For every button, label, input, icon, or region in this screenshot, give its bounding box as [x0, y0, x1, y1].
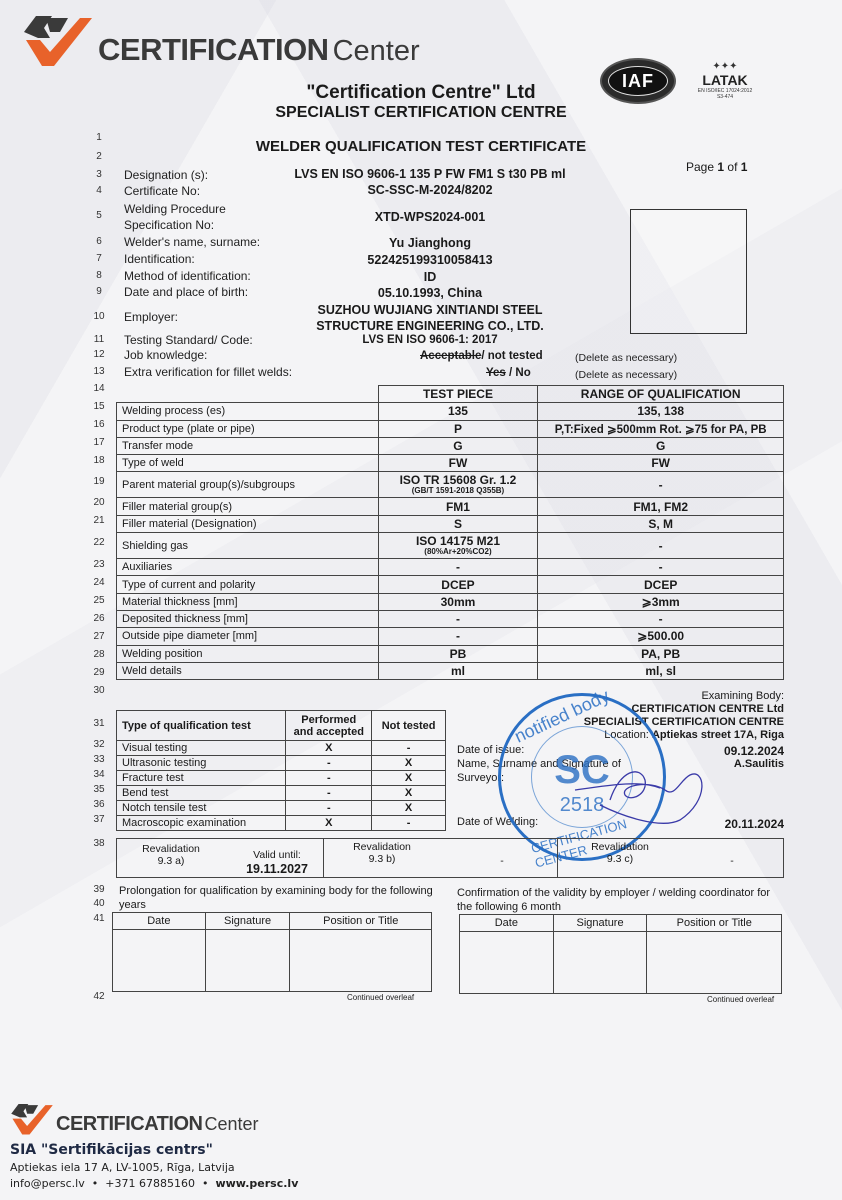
line-number: 41 [88, 913, 110, 924]
footer-website[interactable]: www.persc.lv [215, 1177, 298, 1190]
revalidation-b-label: Revalidation 9.3 b) [327, 841, 437, 865]
table-row: Welding position PB PA, PB [117, 645, 784, 662]
line-number: 30 [88, 685, 110, 696]
confirmation-signature-cell[interactable] [553, 932, 647, 994]
line-number: 15 [88, 401, 110, 412]
table-row: Weld details ml ml, sl [117, 662, 784, 679]
qualification-table: TEST PIECE RANGE OF QUALIFICATION Weldin… [116, 385, 784, 680]
iaf-logo-icon: IAF [600, 58, 676, 104]
wps-value: XTD-WPS2024-001 [290, 210, 570, 224]
brand-light: Center [333, 35, 420, 67]
line-number: 34 [88, 769, 110, 780]
line-number: 2 [88, 151, 110, 162]
line-number: 1 [88, 132, 110, 143]
line-number: 28 [88, 649, 110, 660]
examining-body-subname: SPECIALIST CERTIFICATION CENTRE [584, 716, 784, 728]
standard-value: LVS EN ISO 9606-1: 2017 [290, 334, 570, 346]
line-number: 36 [88, 799, 110, 810]
confirmation-date-cell[interactable] [460, 932, 554, 994]
line-number: 6 [88, 236, 110, 247]
line-number: 11 [88, 334, 110, 345]
line-number: 39 [88, 884, 110, 895]
job-knowledge-label: Job knowledge: [124, 348, 207, 362]
method-id-value: ID [290, 270, 570, 284]
line-number: 29 [88, 667, 110, 678]
table-row: Type of weld FW FW [117, 455, 784, 472]
line-number: 22 [88, 537, 110, 548]
line-number: 24 [88, 577, 110, 588]
table-header-row: TEST PIECE RANGE OF QUALIFICATION [117, 386, 784, 403]
page-indicator: Page 1 of 1 [686, 160, 747, 174]
prolongation-date-cell[interactable] [113, 930, 206, 992]
line-number: 27 [88, 631, 110, 642]
table-row: Parent material group(s)/subgroups ISO T… [117, 472, 784, 498]
examining-body-label: Examining Body: [701, 690, 784, 702]
line-number: 35 [88, 784, 110, 795]
line-number: 18 [88, 455, 110, 466]
revalidation-a-label: Revalidation 9.3 a) [117, 843, 225, 867]
method-id-label: Method of identification: [124, 269, 251, 283]
line-number: 14 [88, 383, 110, 394]
latak-logo: ✦✦✦ LATAK EN ISO/IEC 17024:2012 S3-474 [680, 62, 770, 100]
line-number: 8 [88, 270, 110, 281]
header-range: RANGE OF QUALIFICATION [538, 386, 784, 403]
table-row: Transfer mode G G [117, 437, 784, 454]
prolongation-continued: Continued overleaf [347, 993, 414, 1002]
footer-phone: +371 67885160 [105, 1177, 195, 1190]
table-header-row: Type of qualification test Performed and… [117, 711, 446, 741]
line-number: 38 [88, 838, 110, 849]
employer-value-1: SUZHOU WUJIANG XINTIANDI STEEL [290, 303, 570, 317]
line-number: 37 [88, 814, 110, 825]
table-row: Macroscopic examinationX- [117, 816, 446, 831]
surveyor-value: A.Saulitis [734, 758, 784, 770]
date-issue-value: 09.12.2024 [724, 744, 784, 758]
signature-icon [570, 760, 720, 830]
checkmark-logo-icon [22, 10, 94, 68]
footer-address: Aptiekas iela 17 A, LV-1005, Rīga, Latvi… [10, 1161, 298, 1174]
line-number: 5 [88, 210, 110, 221]
line-number: 31 [88, 718, 110, 729]
fillet-note: (Delete as necessary) [575, 369, 677, 381]
footer-contact: info@persc.lv • +371 67885160 • www.pers… [10, 1177, 298, 1190]
table-row [113, 930, 432, 992]
identification-value: 522425199310058413 [290, 253, 570, 267]
line-number: 10 [88, 311, 110, 322]
line-number: 21 [88, 515, 110, 526]
prolongation-signature-cell[interactable] [205, 930, 290, 992]
table-row: Product type (plate or pipe) P P,T:Fixed… [117, 420, 784, 437]
footer-email[interactable]: info@persc.lv [10, 1177, 85, 1190]
line-number: 19 [88, 476, 110, 487]
prolongation-position-cell[interactable] [290, 930, 432, 992]
date-issue-label: Date of issue: [457, 744, 524, 756]
table-row: Filler material group(s) FM1 FM1, FM2 [117, 498, 784, 515]
confirmation-position-cell[interactable] [647, 932, 782, 994]
fillet-label: Extra verification for fillet welds: [124, 365, 292, 379]
revalidation-c-value: - [717, 855, 747, 867]
line-number: 7 [88, 253, 110, 264]
org-subtitle: SPECIALIST CERTIFICATION CENTRE [0, 104, 842, 122]
fillet-value: Yes / No [486, 367, 531, 379]
revalidation-c-label: Revalidation 9.3 c) [565, 841, 675, 865]
checkmark-logo-icon [10, 1100, 54, 1136]
welder-name-label: Welder's name, surname: [124, 235, 260, 249]
table-row: Fracture test-X [117, 771, 446, 786]
header-test-piece: TEST PIECE [378, 386, 538, 403]
wps-label-2: Specification No: [124, 218, 214, 232]
line-number: 20 [88, 497, 110, 508]
line-number: 25 [88, 595, 110, 606]
designation-value: LVS EN ISO 9606-1 135 P FW FM1 S t30 PB … [280, 167, 580, 181]
table-header-row: Date Signature Position or Title [113, 913, 432, 930]
birth-label: Date and place of birth: [124, 285, 248, 299]
line-number: 9 [88, 286, 110, 297]
table-row: Deposited thickness [mm] - - [117, 610, 784, 627]
revalidation-row: Revalidation 9.3 a) Valid until: 19.11.2… [116, 838, 784, 878]
job-knowledge-value: Acceptable/ not tested [420, 350, 543, 362]
table-row: Auxiliaries - - [117, 559, 784, 576]
iaf-logo-text: IAF [608, 66, 668, 96]
table-row: Ultrasonic testing-X [117, 756, 446, 771]
brand-logo: CERTIFICATIONCenter [22, 8, 420, 68]
date-welding-value: 20.11.2024 [725, 817, 784, 831]
designation-label: Designation (s): [124, 168, 208, 182]
latak-logo-text: LATAK [680, 72, 770, 88]
footer-company: SIA "Sertifikācijas centrs" [10, 1142, 298, 1158]
table-row: Filler material (Designation) S S, M [117, 515, 784, 532]
examining-body-location: Location: Aptiekas street 17A, Riga [604, 729, 784, 741]
table-row: Outside pipe diameter [mm] - ⩾500.00 [117, 628, 784, 645]
line-number: 40 [88, 898, 110, 909]
birth-value: 05.10.1993, China [290, 286, 570, 300]
date-welding-label: Date of Welding: [457, 816, 538, 828]
line-number: 3 [88, 169, 110, 180]
line-number: 26 [88, 613, 110, 624]
line-number: 42 [88, 991, 110, 1002]
revalidation-b-value: - [487, 855, 517, 867]
standard-label: Testing Standard/ Code: [124, 333, 253, 347]
qualification-tests-table: Type of qualification test Performed and… [116, 710, 446, 831]
footer-logo: CERTIFICATIONCenter [10, 1100, 298, 1136]
confirmation-text: Confirmation of the validity by employer… [457, 886, 770, 914]
table-row: Material thickness [mm] 30mm ⩾3mm [117, 593, 784, 610]
confirmation-table: Date Signature Position or Title [459, 914, 782, 994]
table-row: Shielding gas ISO 14175 M21(80%Ar+20%CO2… [117, 533, 784, 559]
table-row: Notch tensile test-X [117, 801, 446, 816]
examining-body-name: CERTIFICATION CENTRE Ltd [631, 703, 784, 715]
photo-placeholder [630, 209, 747, 334]
certificate-no-value: SC-SSC-M-2024/8202 [290, 183, 570, 197]
line-number: 23 [88, 559, 110, 570]
brand-wordmark: CERTIFICATIONCenter [98, 32, 420, 68]
document-title: WELDER QUALIFICATION TEST CERTIFICATE [0, 138, 842, 155]
confirmation-continued: Continued overleaf [707, 995, 774, 1004]
table-row: Visual testingX- [117, 741, 446, 756]
job-knowledge-struck: Acceptable [420, 350, 481, 362]
surveyor-label-1: Name, Surname and Signature of [457, 758, 621, 770]
table-row [460, 932, 782, 994]
employer-value-2: STRUCTURE ENGINEERING CO., LTD. [290, 319, 570, 333]
line-number: 13 [88, 366, 110, 377]
line-number: 32 [88, 739, 110, 750]
line-number: 16 [88, 419, 110, 430]
surveyor-label-2: Surveyor: [457, 772, 504, 784]
certificate-no-label: Certificate No: [124, 184, 200, 198]
table-row: Bend test-X [117, 786, 446, 801]
fillet-struck: Yes [486, 367, 506, 379]
valid-until-value: 19.11.2027 [217, 863, 337, 875]
brand-bold: CERTIFICATION [98, 32, 329, 67]
line-number: 4 [88, 185, 110, 196]
table-header-row: Date Signature Position or Title [460, 915, 782, 932]
wps-label-1: Welding Procedure [124, 202, 226, 216]
job-knowledge-note: (Delete as necessary) [575, 352, 677, 364]
line-number: 33 [88, 754, 110, 765]
latak-stars-icon: ✦✦✦ [680, 62, 770, 72]
prolongation-text: Prolongation for qualification by examin… [119, 884, 433, 912]
identification-label: Identification: [124, 252, 195, 266]
prolongation-table: Date Signature Position or Title [112, 912, 432, 992]
footer: CERTIFICATIONCenter SIA "Sertifikācijas … [10, 1100, 298, 1190]
latak-number: S3-474 [680, 94, 770, 100]
valid-until: Valid until: 19.11.2027 [217, 849, 337, 875]
table-row: Type of current and polarity DCEP DCEP [117, 576, 784, 593]
line-number: 17 [88, 437, 110, 448]
welder-name-value: Yu Jianghong [290, 236, 570, 250]
employer-label: Employer: [124, 310, 178, 324]
line-number: 12 [88, 349, 110, 360]
table-row: Welding process (es) 135 135, 138 [117, 403, 784, 420]
